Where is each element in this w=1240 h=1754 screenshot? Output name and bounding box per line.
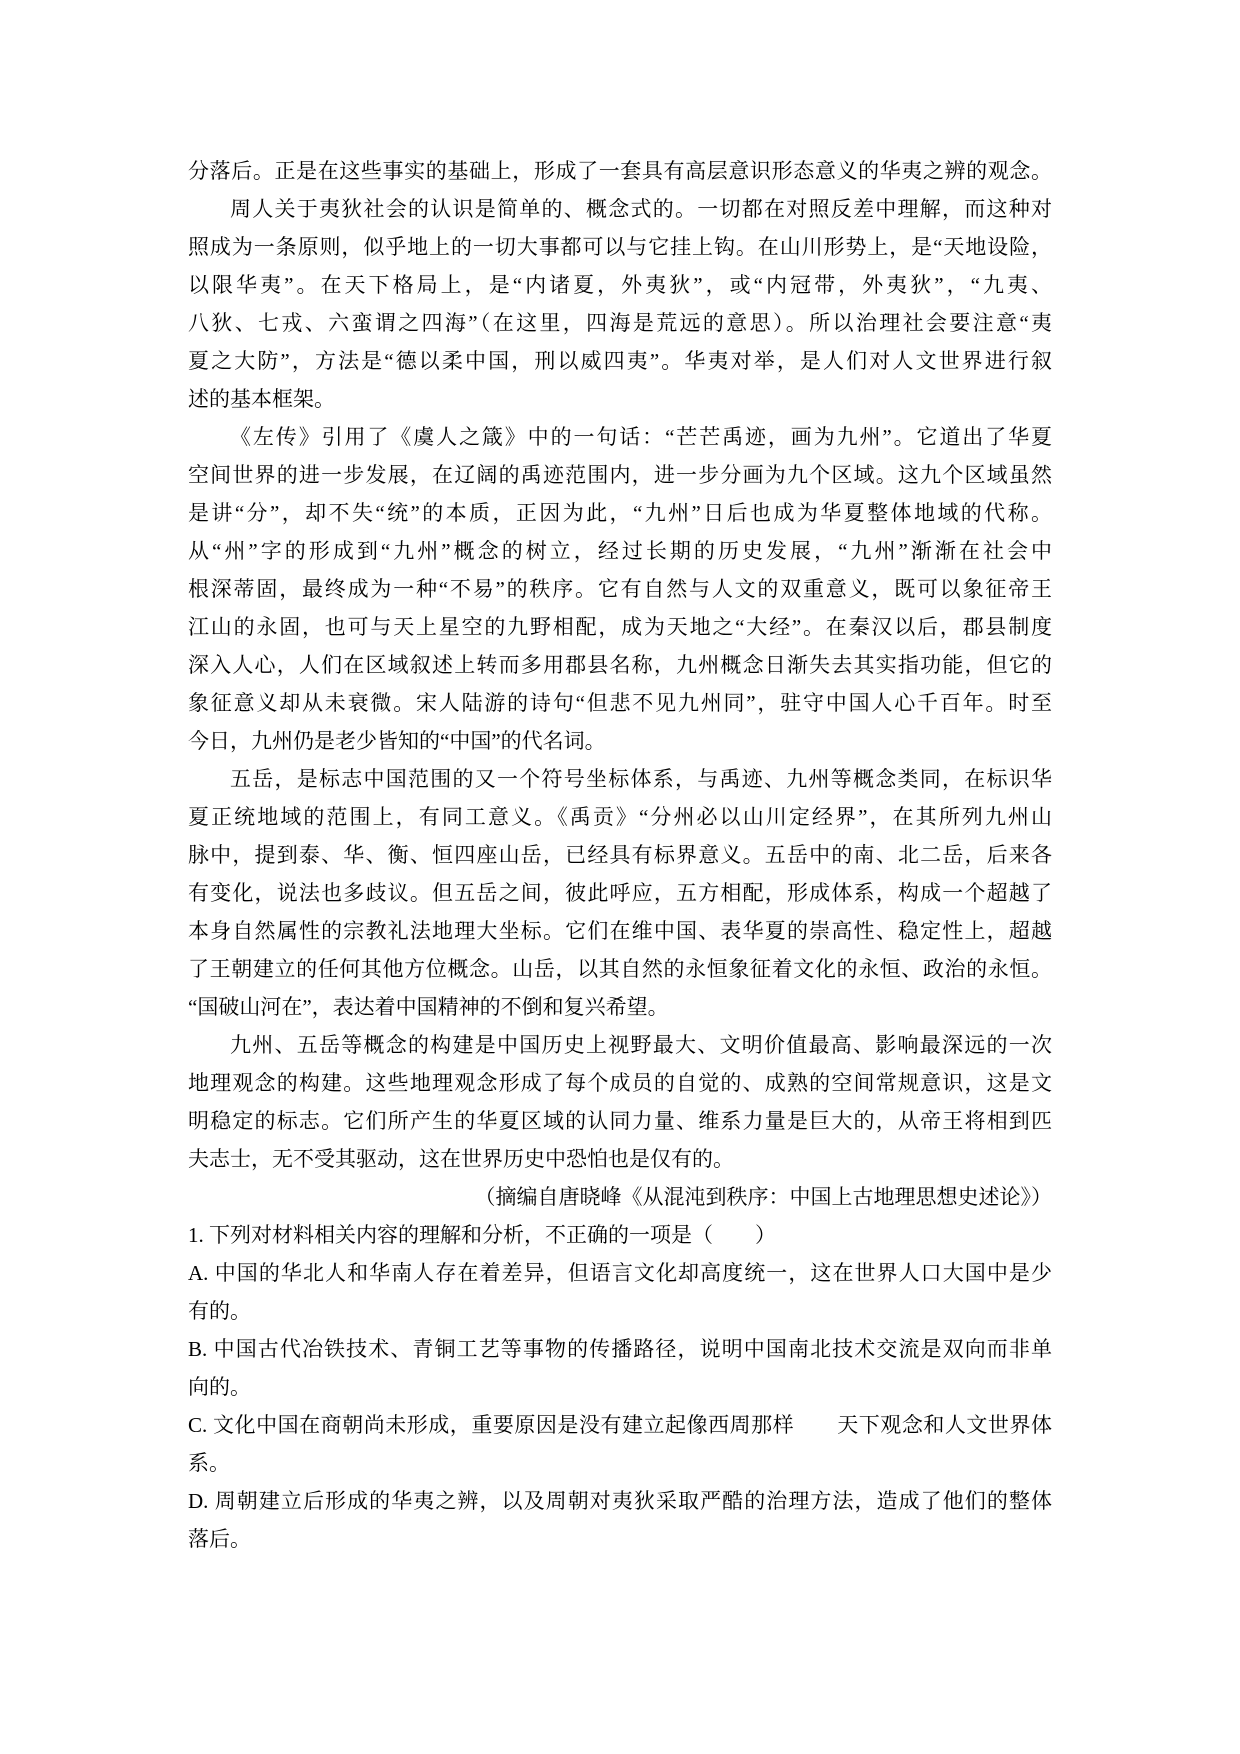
passage-line: 本身自然属性的宗教礼法地理大坐标。它们在维中国、表华夏的崇高性、稳定性上，超越: [188, 912, 1052, 950]
passage-line: 从“州”字的形成到“九州”概念的树立，经过长期的历史发展，“九州”渐渐在社会中: [188, 532, 1052, 570]
passage-line: 五岳，是标志中国范围的又一个符号坐标体系，与禹迹、九州等概念类同，在标识华: [188, 760, 1052, 798]
passage-line: 象征意义却从未衰微。宋人陆游的诗句“但悲不见九州同”，驻守中国人心千百年。时至: [188, 684, 1052, 722]
passage-line: 地理观念的构建。这些地理观念形成了每个成员的自觉的、成熟的空间常规意识，这是文: [188, 1064, 1052, 1102]
question-1: 1. 下列对材料相关内容的理解和分析，不正确的一项是（ ）: [188, 1216, 1052, 1254]
passage-line: 夏正统地域的范围上，有同工意义。《禹贡》“分州必以山川定经界”，在其所列九州山: [188, 798, 1052, 836]
passage-line: 了王朝建立的任何其他方位概念。山岳，以其自然的永恒象征着文化的永恒、政治的永恒。: [188, 950, 1052, 988]
passage-line: 空间世界的进一步发展，在辽阔的禹迹范围内，进一步分画为九个区域。这九个区域虽然: [188, 456, 1052, 494]
passage-line: 根深蒂固，最终成为一种“不易”的秩序。它有自然与人文的双重意义，既可以象征帝王: [188, 570, 1052, 608]
passage-line: 脉中，提到泰、华、衡、恒四座山岳，已经具有标界意义。五岳中的南、北二岳，后来各: [188, 836, 1052, 874]
passage-line: 江山的永固，也可与天上星空的九野相配，成为天地之“大经”。在秦汉以后，郡县制度: [188, 608, 1052, 646]
page: { "page": { "background_color": "#ffffff…: [0, 0, 1240, 1754]
option-D-cont: 落后。: [188, 1520, 1052, 1558]
option-C-cont: 系。: [188, 1444, 1052, 1482]
passage-line: 以限华夷”。在天下格局上，是“内诸夏，外夷狄”，或“内冠带，外夷狄”，“九夷、: [188, 266, 1052, 304]
passage-line: 深入人心，人们在区域叙述上转而多用郡县名称，九州概念日渐失去其实指功能，但它的: [188, 646, 1052, 684]
option-A: A. 中国的华北人和华南人存在着差异，但语言文化却高度统一，这在世界人口大国中是…: [188, 1254, 1052, 1292]
document-body: 分落后。正是在这些事实的基础上，形成了一套具有高层意识形态意义的华夷之辨的观念。…: [188, 152, 1052, 1558]
passage-line: 周人关于夷狄社会的认识是简单的、概念式的。一切都在对照反差中理解，而这种对: [188, 190, 1052, 228]
option-B-cont: 向的。: [188, 1368, 1052, 1406]
passage-line: 八狄、七戎、六蛮谓之四海”（在这里，四海是荒远的意思）。所以治理社会要注意“夷: [188, 304, 1052, 342]
attribution-line: （摘编自唐晓峰《从混沌到秩序：中国上古地理思想史述论》）: [188, 1178, 1052, 1216]
passage-line: 夏之大防”，方法是“德以柔中国，刑以威四夷”。华夷对举，是人们对人文世界进行叙: [188, 342, 1052, 380]
passage-line: 今日，九州仍是老少皆知的“中国”的代名词。: [188, 722, 1052, 760]
passage-line: 九州、五岳等概念的构建是中国历史上视野最大、文明价值最高、影响最深远的一次: [188, 1026, 1052, 1064]
passage-line: 照成为一条原则，似乎地上的一切大事都可以与它挂上钩。在山川形势上，是“天地设险，: [188, 228, 1052, 266]
option-B: B. 中国古代冶铁技术、青铜工艺等事物的传播路径，说明中国南北技术交流是双向而非…: [188, 1330, 1052, 1368]
passage-line: 夫志士，无不受其驱动，这在世界历史中恐怕也是仅有的。: [188, 1140, 1052, 1178]
option-C: C. 文化中国在商朝尚未形成，重要原因是没有建立起像西周那样 天下观念和人文世界…: [188, 1406, 1052, 1444]
passage-line: 有变化，说法也多歧议。但五岳之间，彼此呼应，五方相配，形成体系，构成一个超越了: [188, 874, 1052, 912]
passage-line: 是讲“分”，却不失“统”的本质，正因为此，“九州”日后也成为华夏整体地域的代称。: [188, 494, 1052, 532]
passage-line: “国破山河在”，表达着中国精神的不倒和复兴希望。: [188, 988, 1052, 1026]
option-D: D. 周朝建立后形成的华夷之辨，以及周朝对夷狄采取严酷的治理方法，造成了他们的整…: [188, 1482, 1052, 1520]
passage-line: 述的基本框架。: [188, 380, 1052, 418]
passage-line: 明稳定的标志。它们所产生的华夏区域的认同力量、维系力量是巨大的，从帝王将相到匹: [188, 1102, 1052, 1140]
passage-line: 《左传》引用了《虞人之箴》中的一句话：“芒芒禹迹，画为九州”。它道出了华夏: [188, 418, 1052, 456]
option-A-cont: 有的。: [188, 1292, 1052, 1330]
passage-line: 分落后。正是在这些事实的基础上，形成了一套具有高层意识形态意义的华夷之辨的观念。: [188, 152, 1052, 190]
